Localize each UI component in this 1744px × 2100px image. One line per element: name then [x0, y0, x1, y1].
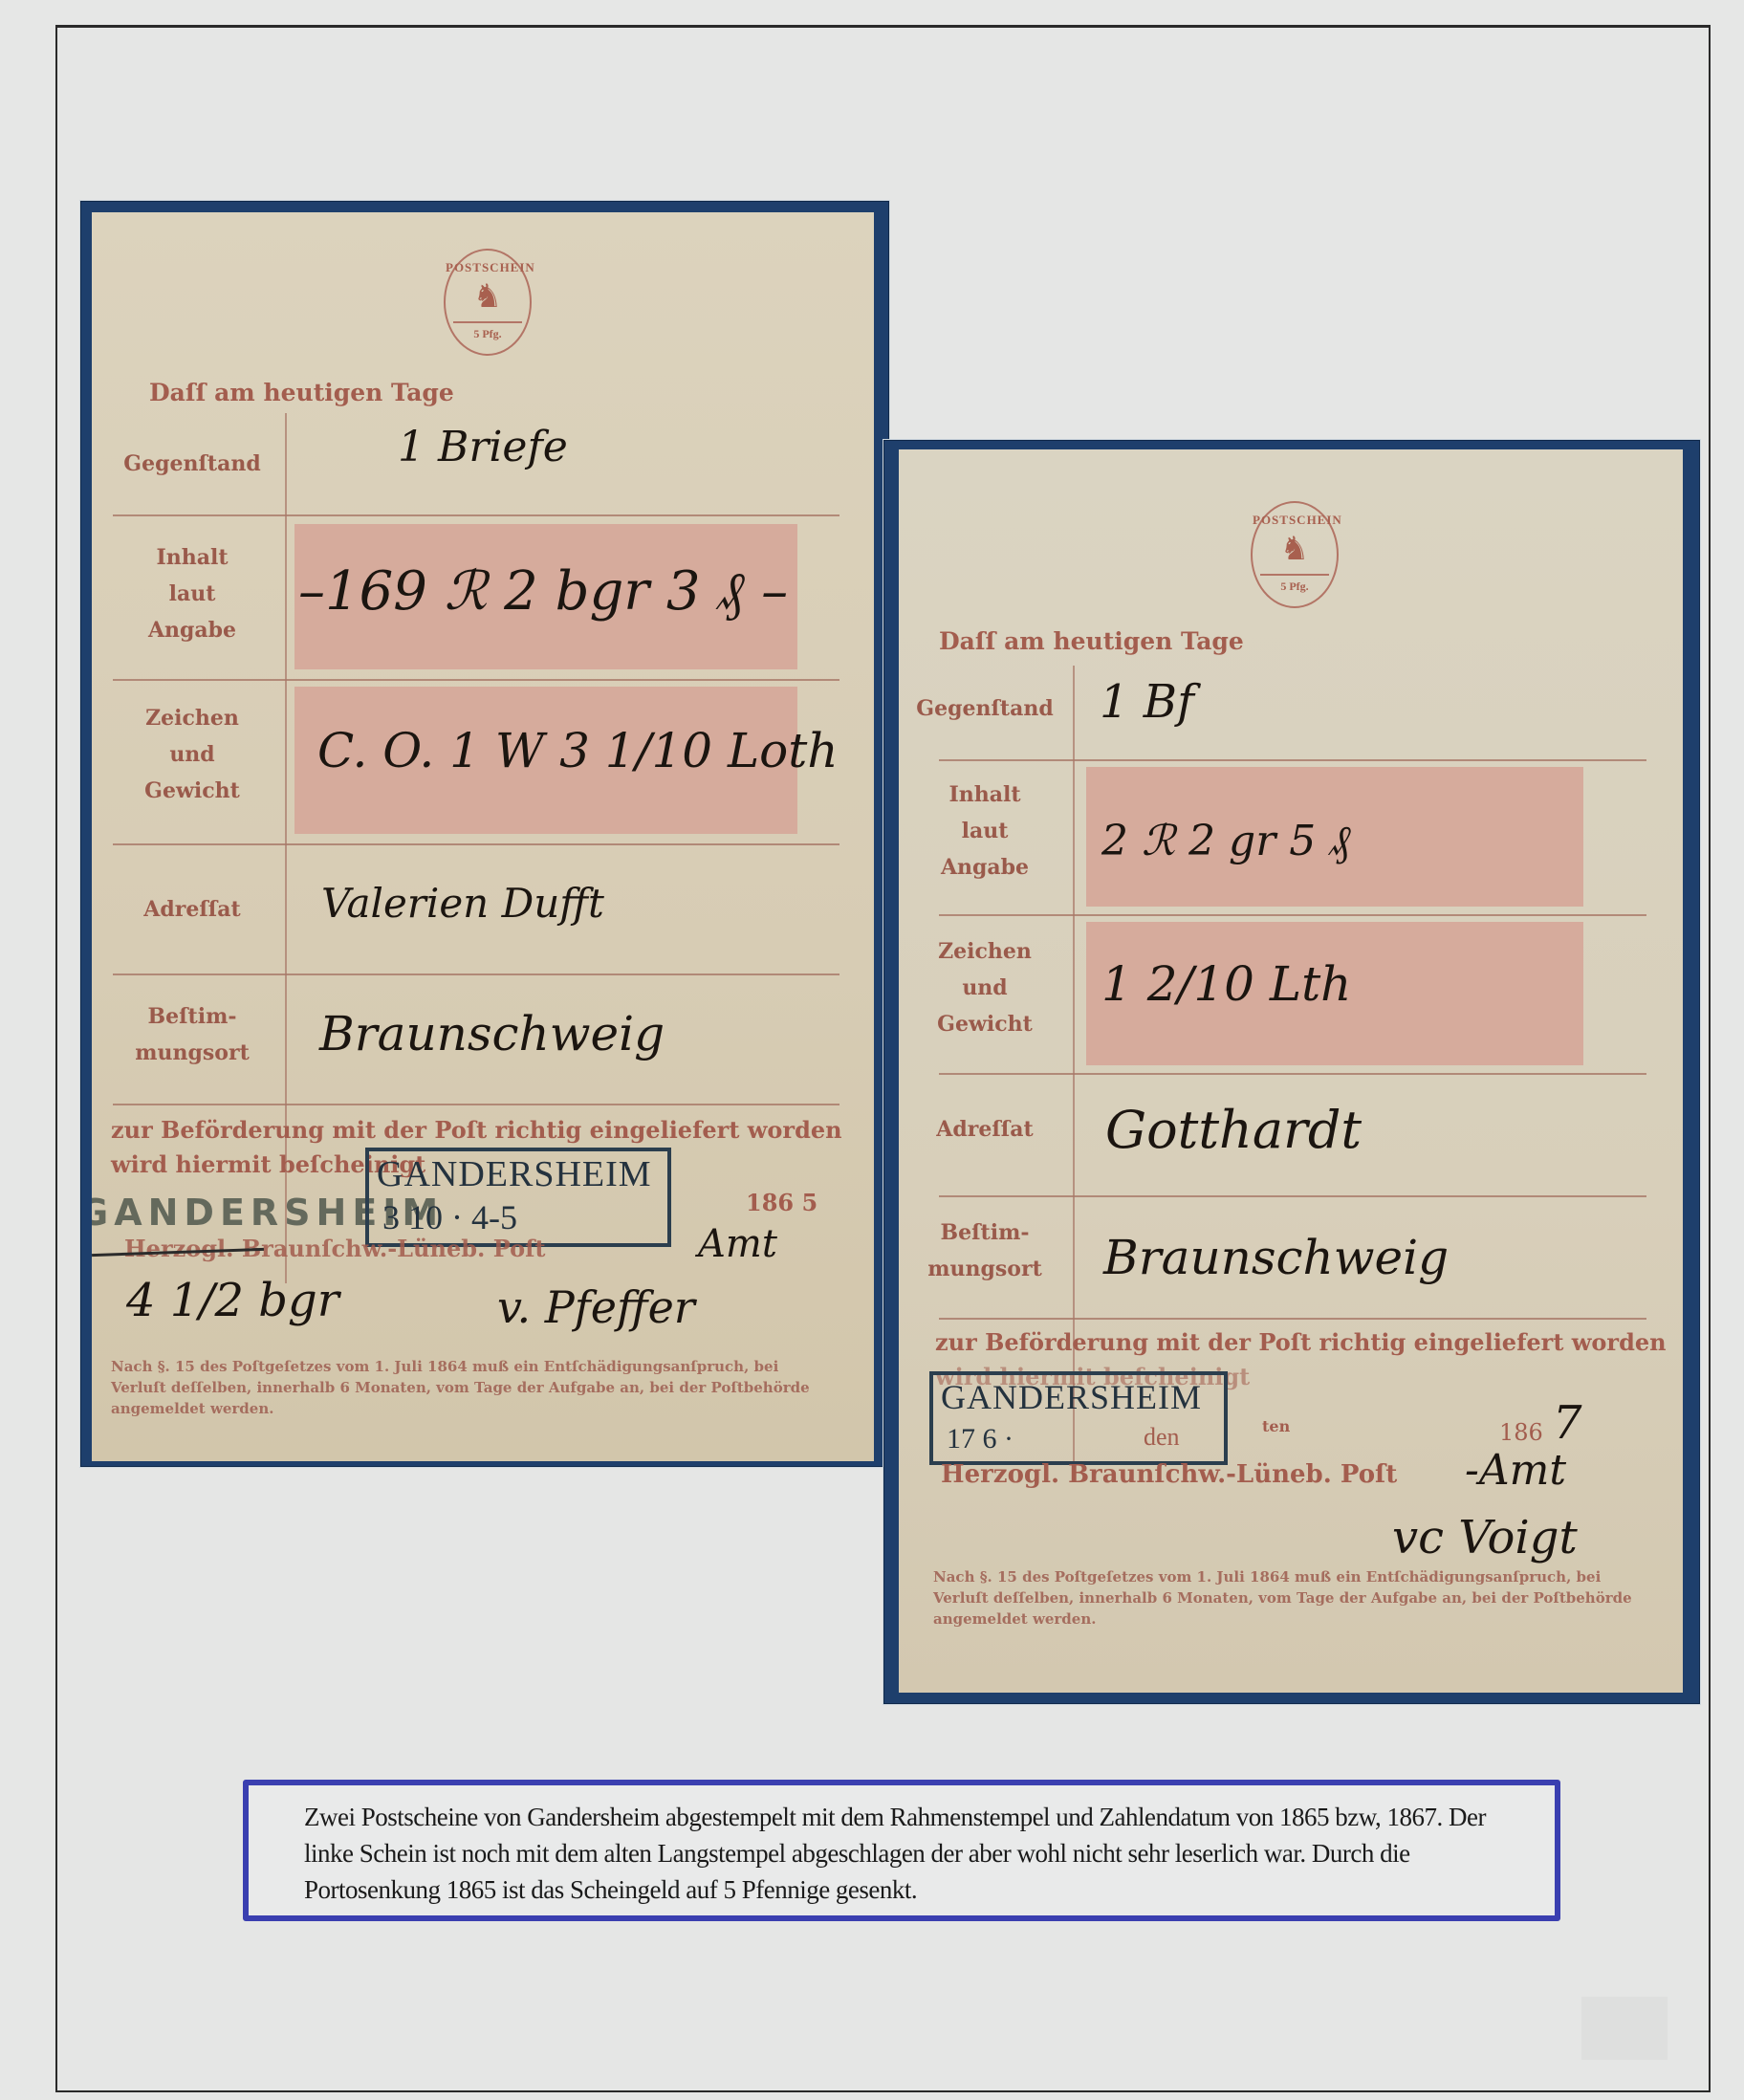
horse-icon: ♞: [446, 281, 530, 314]
slip-heading: Daſſ am heutigen Tage: [149, 379, 454, 406]
fine-print: Nach §. 15 des Poſtgeſetzes vom 1. Juli …: [933, 1566, 1641, 1630]
frame-cancel-stamp: GANDERSHEIM 17 6 · den: [929, 1371, 1228, 1465]
signature: vc Voigt: [1392, 1511, 1578, 1564]
value-zeichen: 1 2/10 Lth: [1101, 956, 1351, 1012]
value-gegenstand: 1 Bf: [1100, 675, 1194, 729]
delivery-text-1: zur Beförderung mit der Poſt richtig ein…: [111, 1113, 842, 1148]
office-line: Herzogl. Braunſchw.-Lüneb. Poſt: [124, 1232, 546, 1266]
label-adressat: Adreſſat: [899, 1111, 1071, 1148]
value-inhalt: 2 ℛ 2 gr 5 ₰: [1101, 817, 1350, 865]
ten-print: ten: [1262, 1410, 1290, 1444]
office-hand: -Amt: [1465, 1446, 1566, 1495]
value-adressat: Gotthardt: [1105, 1100, 1362, 1160]
caption-text: Zwei Postscheine von Gandersheim abgeste…: [304, 1799, 1518, 1908]
postschein-crest: POSTSCHEIN ♞ 5 Pfg.: [1251, 501, 1339, 608]
label-gegenstand: Gegenſtand: [101, 446, 283, 482]
value-zeichen: C. O. 1 W 3 1/10 Loth: [317, 723, 839, 778]
label-inhalt: InhaltlautAngabe: [899, 777, 1071, 886]
right-postschein: POSTSCHEIN ♞ 5 Pfg. Daſſ am heutigen Tag…: [899, 449, 1683, 1693]
value-gegenstand: 1 Briefe: [398, 423, 568, 471]
label-inhalt: InhaltlautAngabe: [101, 539, 283, 648]
delivery-text-1: zur Beförderung mit der Poſt richtig ein…: [935, 1325, 1667, 1360]
value-bestimmungsort: Braunschweig: [319, 1006, 665, 1061]
label-gegenstand: Gegenſtand: [899, 690, 1071, 727]
faint-label-patch: [1581, 1997, 1668, 2060]
label-zeichen: ZeichenundGewicht: [899, 933, 1071, 1042]
horse-icon: ♞: [1253, 534, 1337, 566]
year-hand: 7: [1553, 1396, 1582, 1450]
signature: v. Pfeffer: [497, 1281, 695, 1333]
year-print: 186: [1499, 1415, 1543, 1450]
left-postschein: POSTSCHEIN ♞ 5 Pfg. Daſſ am heutigen Tag…: [92, 212, 874, 1461]
slip-heading: Daſſ am heutigen Tage: [939, 627, 1244, 655]
value-bestimmungsort: Braunschweig: [1103, 1230, 1449, 1285]
caption-box: Zwei Postscheine von Gandersheim abgeste…: [243, 1780, 1560, 1921]
label-bestimmungsort: Beſtim-mungsort: [899, 1214, 1071, 1287]
value-inhalt: –169 ℛ 2 bgr 3 ₰ –: [298, 560, 788, 623]
fine-print: Nach §. 15 des Poſtgeſetzes vom 1. Juli …: [111, 1356, 818, 1419]
office-line: Herzogl. Braunſchw.-Lüneb. Poſt: [941, 1457, 1397, 1492]
label-zeichen: ZeichenundGewicht: [101, 700, 283, 809]
value-adressat: Valerien Dufft: [321, 880, 604, 927]
office-hand: Amt: [698, 1222, 777, 1266]
fee-note: 4 1/2 bgr: [126, 1274, 339, 1327]
year-print: 186 5: [746, 1186, 817, 1220]
postschein-crest: POSTSCHEIN ♞ 5 Pfg.: [444, 249, 532, 356]
label-adressat: Adreſſat: [101, 891, 283, 928]
label-bestimmungsort: Beſtim-mungsort: [101, 998, 283, 1071]
